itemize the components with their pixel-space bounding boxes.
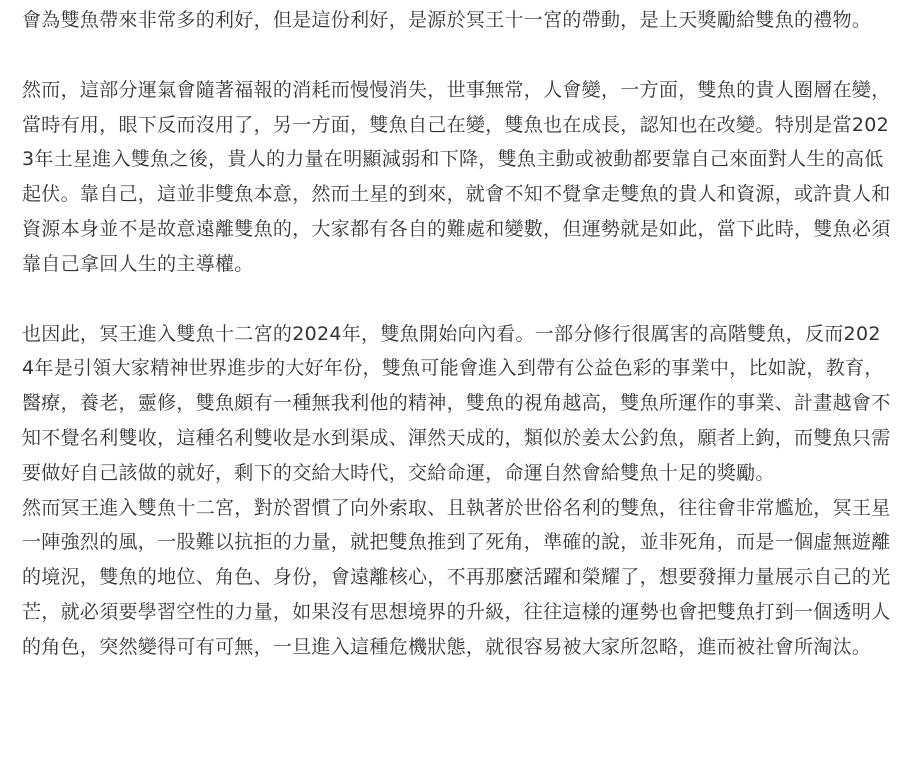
- paragraph: 然而，這部分運氣會隨著福報的消耗而慢慢消失，世事無常，人會變，一方面，雙魚的貴人…: [22, 73, 892, 282]
- article-body: 會為雙魚帶來非常多的利好，但是這份利好，是源於冥王十一宮的帶動，是上天獎勵給雙魚…: [22, 3, 892, 665]
- paragraph: 然而冥王進入雙魚十二宮，對於習慣了向外索取、且執著於世俗名利的雙魚，往往會非常尷…: [22, 491, 892, 665]
- paragraph: 會為雙魚帶來非常多的利好，但是這份利好，是源於冥王十一宮的帶動，是上天獎勵給雙魚…: [22, 3, 892, 38]
- paragraph: 也因此，冥王進入雙魚十二宮的2024年，雙魚開始向內看。一部分修行很厲害的高階雙…: [22, 317, 892, 491]
